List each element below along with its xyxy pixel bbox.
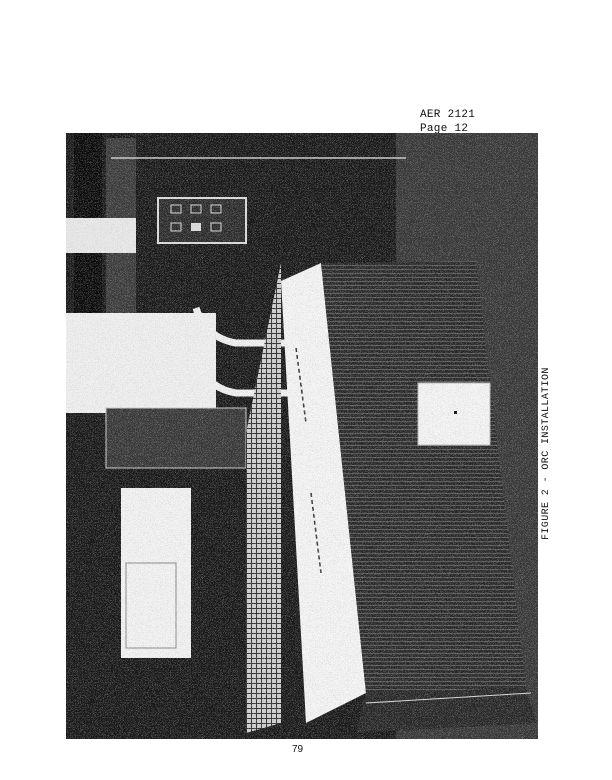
figure-photograph: [66, 133, 538, 739]
photo-illustration: [66, 133, 538, 739]
figure-caption: FIGURE 2 - ORC INSTALLATION: [541, 367, 552, 540]
page-number: 79: [292, 744, 303, 755]
report-id: AER 2121: [420, 108, 475, 122]
document-header: AER 2121 Page 12: [420, 108, 475, 136]
